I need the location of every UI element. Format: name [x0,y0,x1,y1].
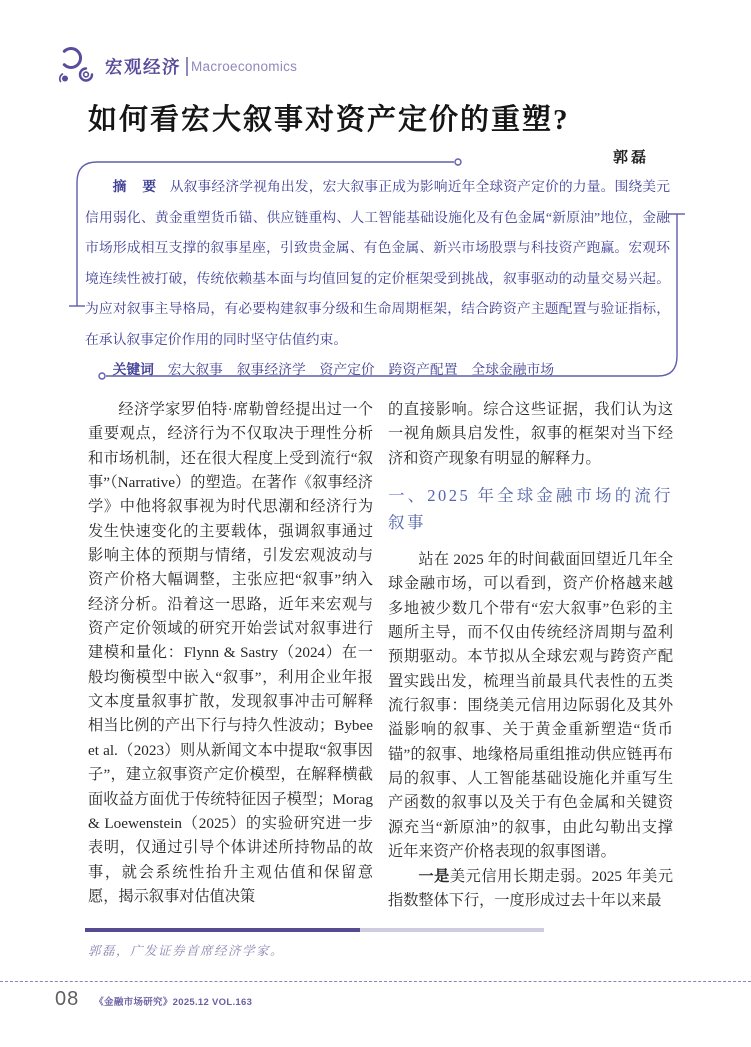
page-number: 08 [55,988,79,1011]
footnote-divider [85,928,544,932]
keyword-item: 宏大叙事 [168,362,223,377]
abstract-paragraph: 摘 要从叙事经济学视角出发，宏大叙事正成为影响近年全球资产定价的力量。围绕美元信… [85,172,670,355]
keywords-line: 关键词宏大叙事叙事经济学资产定价跨资产配置全球金融市场 [85,355,670,386]
keyword-item: 全球金融市场 [471,362,554,377]
journal-page: 宏观经济 Macroeconomics 如何看宏大叙事对资产定价的重塑? 郭磊 … [0,0,751,1047]
abstract-block: 摘 要从叙事经济学视角出发，宏大叙事正成为影响近年全球资产定价的力量。围绕美元信… [85,172,670,386]
footnote-divider-dark [85,928,360,932]
keywords-label: 关键词 [113,362,154,377]
abstract-text: 从叙事经济学视角出发，宏大叙事正成为影响近年全球资产定价的力量。围绕美元信用弱化… [85,179,670,347]
page-footer: 08 《金融市场研究》2025.12 VOL.163 [55,988,252,1011]
keyword-item: 跨资产配置 [389,362,458,377]
header-divider [186,57,188,76]
footnote-text: 郭磊，广发证券首席经济学家。 [88,941,284,959]
abstract-label: 摘 要 [113,179,158,194]
section-category-en: Macroeconomics [191,59,297,74]
footnote-divider-light [360,928,544,932]
keyword-item: 叙事经济学 [237,362,306,377]
body-paragraph-intro: 经济学家罗伯特·席勒曾经提出过一个重要观点，经济行为不仅取决于理性分析和市场机制… [88,398,373,909]
article-title: 如何看宏大叙事对资产定价的重塑? [88,97,570,138]
paragraph-lead: 一是 [418,868,450,885]
body-column-left: 经济学家罗伯特·席勒曾经提出过一个重要观点，经济行为不仅取决于理性分析和市场机制… [88,398,373,911]
body-paragraph-continuation: 的直接影响。综合这些证据，我们认为这一视角颇具启发性，叙事的框架对当下经济和资产… [388,398,673,471]
footer-divider [0,981,751,982]
body-column-right: 的直接影响。综合这些证据，我们认为这一视角颇具启发性，叙事的框架对当下经济和资产… [388,398,673,911]
page-header: 宏观经济 Macroeconomics [56,44,297,88]
section-heading: 一、2025 年全球金融市场的流行叙事 [388,482,673,536]
body-paragraph-first-point: 一是美元信用长期走弱。2025 年美元指数整体下行，一度形成过去十年以来最 [388,865,673,912]
spiral-circles-icon [56,44,98,88]
body-paragraph-narratives: 站在 2025 年的时间截面回望近几年全球金融市场，可以看到，资产价格越来越多地… [388,548,673,864]
journal-info: 《金融市场研究》2025.12 VOL.163 [94,994,252,1008]
keyword-item: 资产定价 [320,362,375,377]
section-category-cn: 宏观经济 [105,54,181,79]
